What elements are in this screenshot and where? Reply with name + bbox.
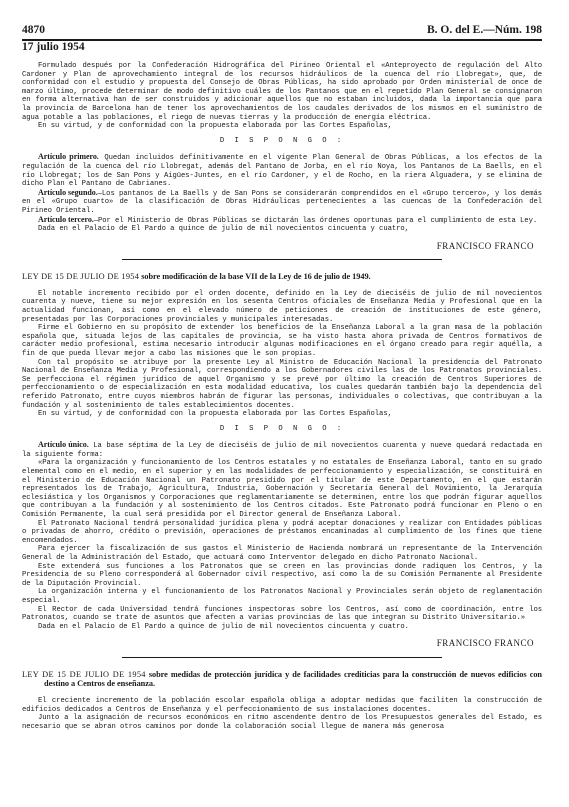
article-label: Artículo primero. bbox=[38, 152, 99, 161]
law-title: LEY DE 15 DE JULIO DE 1954 sobre medidas… bbox=[22, 670, 542, 689]
article-text: —Por el Ministerio de Obras Públicas se … bbox=[94, 217, 537, 225]
gazette-page: 4870 B. O. del E.—Núm. 198 17 julio 1954… bbox=[22, 24, 542, 731]
article-text: —Los pantanos de La Baells y de San Pons… bbox=[22, 190, 542, 215]
article-paragraph: Artículo único. La base séptima de la Le… bbox=[22, 441, 542, 459]
article-label: Artículo único. bbox=[38, 440, 89, 449]
issue-date: 17 julio 1954 bbox=[22, 41, 85, 53]
quoted-paragraph: La organización interna y el funcionamie… bbox=[22, 588, 542, 605]
closing-formula: Dada en el Palacio de El Pardo a quince … bbox=[22, 623, 542, 632]
paragraph: Formulado después por la Confederación H… bbox=[22, 62, 542, 122]
law-title: LEY DE 15 DE JULIO DE 1954 sobre modific… bbox=[22, 272, 542, 282]
article-text: La base séptima de la Ley de dieciséis d… bbox=[22, 442, 542, 459]
quoted-paragraph: El Rector de cada Universidad tendrá fun… bbox=[22, 606, 542, 623]
paragraph: Junto a la asignación de recursos económ… bbox=[22, 714, 542, 731]
article-paragraph: Artículo tercero.—Por el Ministerio de O… bbox=[22, 216, 542, 226]
law-title-date: LEY DE 15 DE JULIO DE 1954 bbox=[22, 670, 146, 679]
paragraph: En su virtud, y de conformidad con la pr… bbox=[22, 410, 542, 419]
dispongo-heading: D I S P O N G O : bbox=[22, 137, 542, 146]
section-divider bbox=[122, 657, 442, 658]
article-text: Quedan incluidos definitivamente en el v… bbox=[22, 154, 542, 188]
paragraph: Firme el Gobierno en su propósito de ext… bbox=[22, 324, 542, 358]
law-title-date: LEY DE 15 DE JULIO DE 1954 bbox=[22, 272, 139, 281]
paragraph: En su virtud, y de conformidad con la pr… bbox=[22, 122, 542, 131]
paragraph: El notable incremento recibido por el or… bbox=[22, 290, 542, 324]
section-divider bbox=[122, 259, 442, 260]
page-number: 4870 bbox=[22, 24, 45, 36]
paragraph: Con tal propósito se atribuye por la pre… bbox=[22, 359, 542, 411]
publication-id: B. O. del E.—Núm. 198 bbox=[427, 24, 542, 36]
paragraph: El creciente incremento de la población … bbox=[22, 697, 542, 714]
quoted-paragraph: Para ejercer la fiscalización de sus gas… bbox=[22, 545, 542, 562]
article-paragraph: Artículo primero. Quedan incluidos defin… bbox=[22, 153, 542, 188]
document-body: Formulado después por la Confederación H… bbox=[22, 62, 542, 731]
dispongo-heading: D I S P O N G O : bbox=[22, 425, 542, 434]
quoted-paragraph: «Para la organización y funcionamiento d… bbox=[22, 459, 542, 519]
law-title-subject: sobre modificación de la base VII de la … bbox=[139, 272, 370, 281]
article-label: Artículo segundo. bbox=[38, 188, 98, 197]
article-paragraph: Artículo segundo.—Los pantanos de La Bae… bbox=[22, 189, 542, 216]
closing-formula: Dada en el Palacio de El Pardo a quince … bbox=[22, 225, 542, 234]
article-label: Artículo tercero. bbox=[38, 215, 94, 224]
quoted-paragraph: El Patronato Nacional tendrá personalida… bbox=[22, 520, 542, 546]
quoted-paragraph: Este extenderá sus funciones a los Patro… bbox=[22, 563, 542, 589]
signature: FRANCISCO FRANCO bbox=[22, 639, 534, 648]
signature: FRANCISCO FRANCO bbox=[22, 242, 534, 251]
running-header: 4870 B. O. del E.—Núm. 198 17 julio 1954 bbox=[22, 24, 542, 56]
